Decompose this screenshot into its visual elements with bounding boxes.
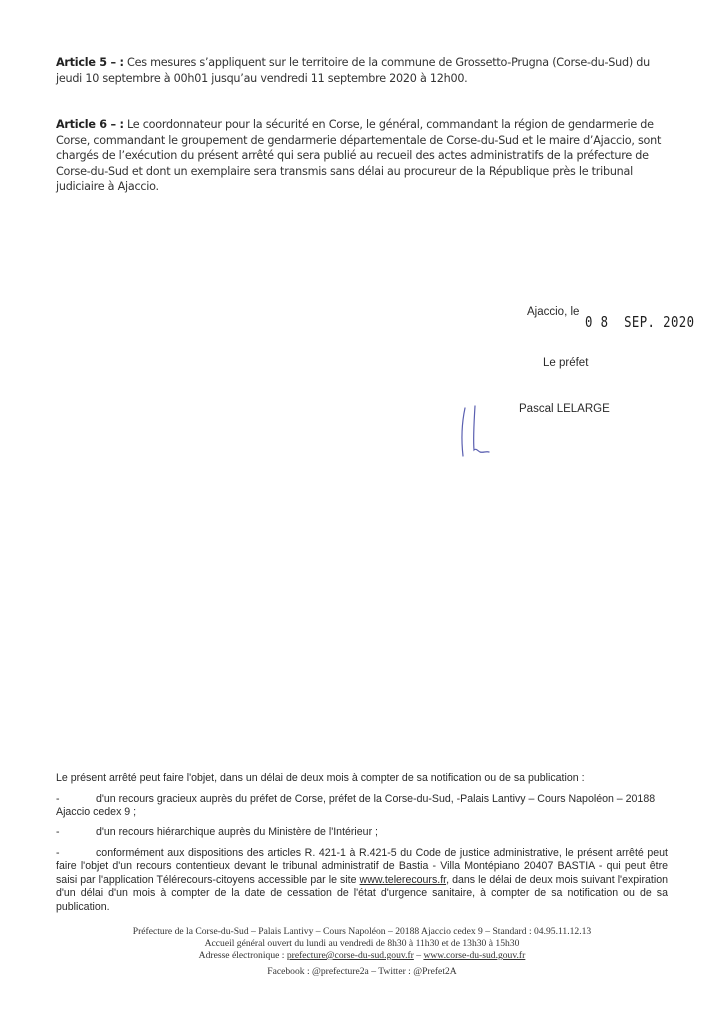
date-stamp: 0 8 SEP. 2020 bbox=[585, 313, 694, 331]
legal-notice-item: -conformément aux dispositions des artic… bbox=[56, 847, 668, 914]
document-page: Article 5 – : Ces mesures s’appliquent s… bbox=[0, 0, 724, 1024]
article-5-label: Article 5 – : bbox=[56, 56, 124, 69]
footer-email-link[interactable]: prefecture@corse-du-sud.gouv.fr bbox=[287, 950, 414, 961]
signatory-title: Le préfet bbox=[543, 357, 588, 369]
article-6: Article 6 – : Le coordonnateur pour la s… bbox=[56, 117, 666, 195]
footer-hours: Accueil général ouvert du lundi au vendr… bbox=[0, 938, 724, 950]
footer-contact: Adresse électronique : prefecture@corse-… bbox=[0, 950, 724, 962]
article-6-label: Article 6 – : bbox=[56, 118, 124, 131]
legal-item-text: d'un recours hiérarchique auprès du Mini… bbox=[96, 826, 378, 838]
footer-social: Facebook : @prefecture2a – Twitter : @Pr… bbox=[0, 966, 724, 978]
article-5-text: Ces mesures s’appliquent sur le territoi… bbox=[56, 56, 650, 85]
bullet-dash: - bbox=[56, 847, 96, 860]
legal-notice-item: -d'un recours gracieux auprès du préfet … bbox=[56, 793, 668, 820]
legal-notice-item: -d'un recours hiérarchique auprès du Min… bbox=[56, 826, 668, 839]
legal-notice-intro: Le présent arrêté peut faire l'objet, da… bbox=[56, 772, 668, 785]
signature-place: Ajaccio, le bbox=[527, 306, 579, 318]
footer-separator: – bbox=[414, 950, 424, 961]
footer-website-link[interactable]: www.corse-du-sud.gouv.fr bbox=[423, 950, 525, 961]
article-6-text: Le coordonnateur pour la sécurité en Cor… bbox=[56, 118, 661, 193]
footer-contact-label: Adresse électronique : bbox=[199, 950, 287, 961]
footer-address: Préfecture de la Corse-du-Sud – Palais L… bbox=[0, 926, 724, 938]
legal-item-text: d'un recours gracieux auprès du préfet d… bbox=[56, 793, 655, 818]
article-5: Article 5 – : Ces mesures s’appliquent s… bbox=[56, 55, 666, 86]
bullet-dash: - bbox=[56, 793, 96, 806]
handwritten-signature-icon bbox=[455, 404, 505, 459]
telerecours-link[interactable]: www.telerecours.fr bbox=[360, 874, 447, 886]
bullet-dash: - bbox=[56, 826, 96, 839]
signatory-name: Pascal LELARGE bbox=[519, 403, 610, 415]
